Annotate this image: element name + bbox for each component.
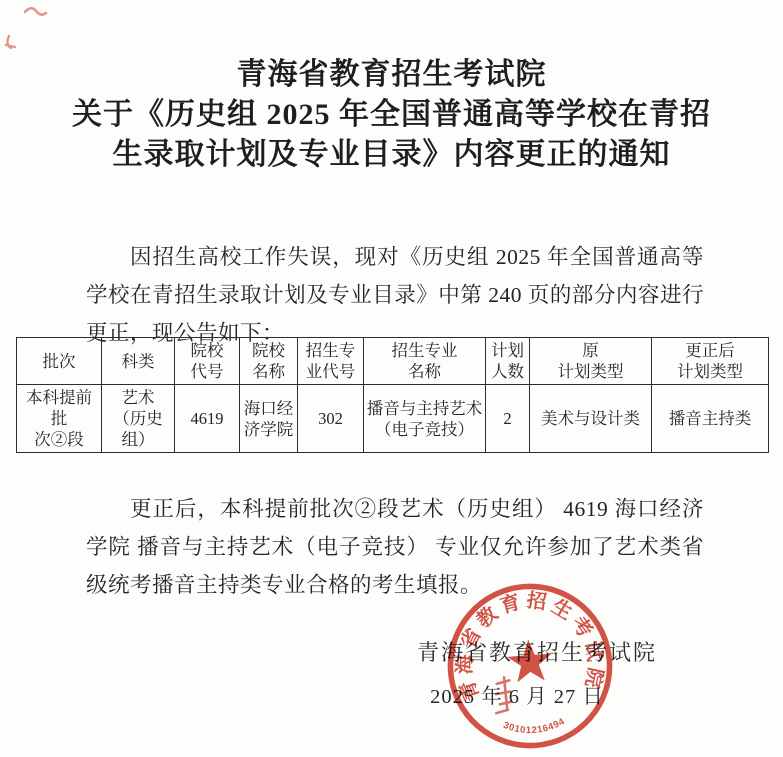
cell-original-plan-type: 美术与设计类 (530, 385, 652, 453)
official-seal: 青海省教育招生考试院 6301012164943 (444, 580, 616, 752)
cell-planned-count: 2 (486, 385, 530, 453)
cell-corrected-plan-type: 播音主持类 (652, 385, 769, 453)
header-batch: 批次 (17, 338, 102, 385)
header-original-plan-type: 原 计划类型 (530, 338, 652, 385)
header-major-name: 招生专业 名称 (364, 338, 486, 385)
table-row: 本科提前批 次②段 艺术 （历史组） 4619 海口经 济学院 302 播音与主… (17, 385, 769, 453)
header-subject-category: 科类 (102, 338, 175, 385)
header-major-code: 招生专 业代号 (298, 338, 364, 385)
document-title: 青海省教育招生考试院 关于《历史组 2025 年全国普通高等学校在青招 生录取计… (0, 55, 783, 175)
cell-school-name: 海口经 济学院 (240, 385, 298, 453)
title-line-2: 关于《历史组 2025 年全国普通高等学校在青招 (0, 95, 783, 135)
title-line-3: 生录取计划及专业目录》内容更正的通知 (0, 135, 783, 175)
seal-star-icon (506, 638, 553, 683)
title-line-1: 青海省教育招生考试院 (0, 55, 783, 95)
cell-subject-category: 艺术 （历史组） (102, 385, 175, 453)
table-header-row: 批次 科类 院校 代号 院校 名称 招生专 业代号 招生专业 名称 计划 人数 … (17, 338, 769, 385)
header-school-name: 院校 名称 (240, 338, 298, 385)
header-planned-count: 计划 人数 (486, 338, 530, 385)
header-corrected-plan-type: 更正后 计划类型 (652, 338, 769, 385)
cell-school-code: 4619 (175, 385, 240, 453)
correction-table: 批次 科类 院校 代号 院校 名称 招生专 业代号 招生专业 名称 计划 人数 … (16, 337, 769, 453)
scanned-notice-document: 青海省教育招生考试院 关于《历史组 2025 年全国普通高等学校在青招 生录取计… (0, 0, 783, 757)
cell-major-name: 播音与主持艺术 （电子竞技） (364, 385, 486, 453)
cell-batch: 本科提前批 次②段 (17, 385, 102, 453)
cell-major-code: 302 (298, 385, 364, 453)
seal-ghost-marks (494, 677, 512, 713)
body-paragraph-1: 因招生高校工作失误，现对《历史组 2025 年全国普通高等学校在青招生录取计划及… (86, 238, 704, 352)
header-school-code: 院校 代号 (175, 338, 240, 385)
